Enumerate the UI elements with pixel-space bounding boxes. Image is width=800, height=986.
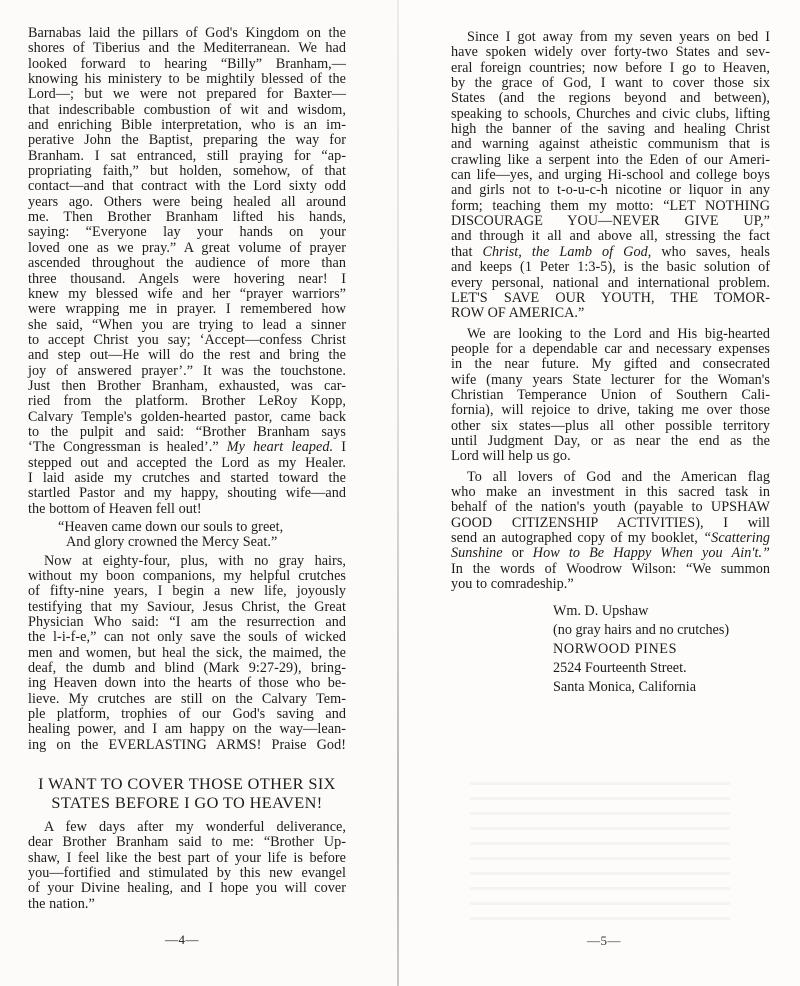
signature-block: Wm. D. Upshaw (no gray hairs and no crut… [553,602,729,697]
signature-note: (no gray hairs and no crutches) [553,621,729,640]
signature-city: Santa Monica, California [553,678,729,697]
line-lamb-of-god: that Christ, the Lamb of God, who saves,… [451,245,770,260]
left-paragraph-3: A few days after my wonderful deliveranc… [28,820,346,912]
page-number-left: —4— [165,932,199,948]
left-paragraph-1: Barnabas laid the pillars of God's Kingd… [28,26,346,517]
section-heading: I WANT TO COVER THOSE OTHER SIX STATES B… [28,775,346,812]
line-booklet: send an autographed copy of my booklet, … [451,531,770,546]
right-paragraph-1: Since I got away from my seven years on … [451,30,770,322]
right-column: Since I got away from my seven years on … [451,30,770,592]
bleed-through-text [470,770,730,920]
right-paragraph-3: To all lovers of God and the American fl… [451,470,770,593]
left-column: Barnabas laid the pillars of God's Kingd… [28,26,346,912]
signature-place: NORWOOD PINES [553,640,729,659]
line-heart-leaped: ‘The Congressman is healed’.” My heart l… [28,440,346,455]
page-gutter [397,0,399,986]
left-paragraph-2: Now at eighty-four, plus, with no gray h… [28,554,346,753]
line-booklet-title: Sunshine or How to Be Happy When you Ain… [451,546,770,561]
page-number-right: —5— [587,933,621,949]
right-paragraph-2: We are looking to the Lord and His big-h… [451,327,770,465]
verse-quote: “Heaven came down our souls to greet, An… [28,520,346,551]
signature-street: 2524 Fourteenth Street. [553,659,729,678]
signature-name: Wm. D. Upshaw [553,602,729,621]
